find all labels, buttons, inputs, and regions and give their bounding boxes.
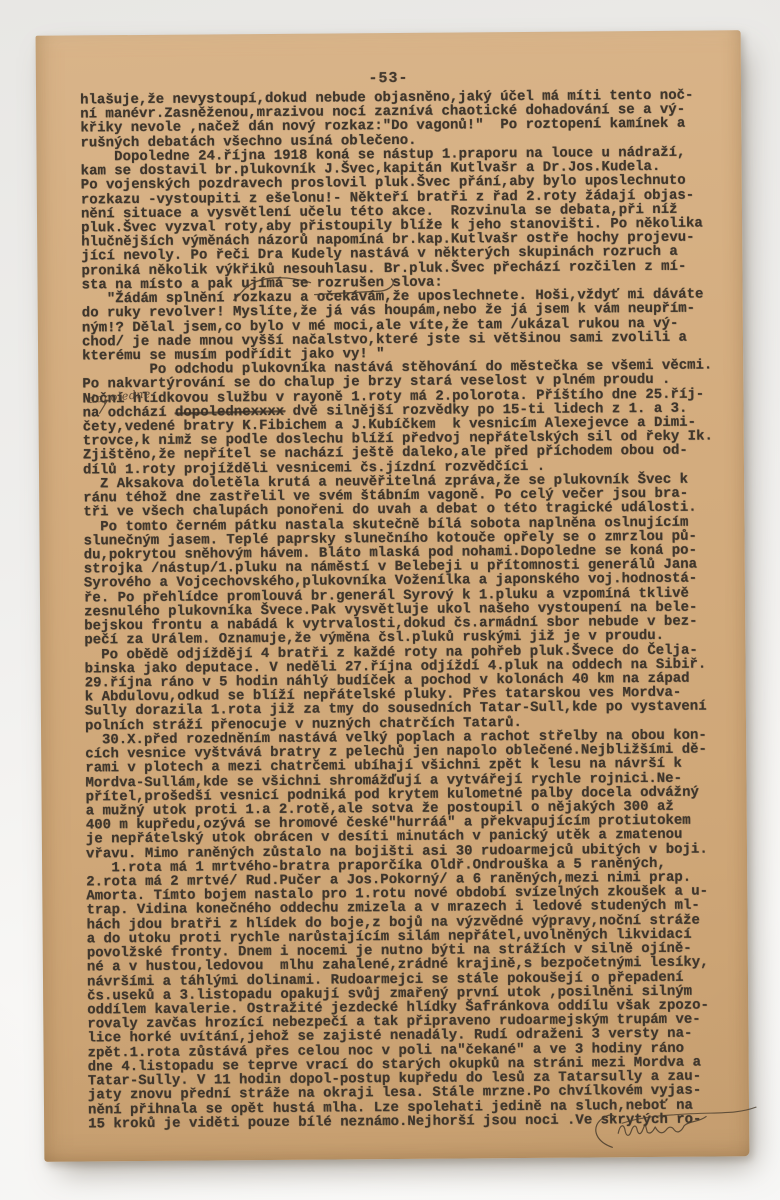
photo-background: -53- hlašuje,že nevystoupí,dokud nebude … [0,0,780,1200]
insert-caret-icon [96,399,110,415]
transposition-mark [230,271,406,302]
document-page: -53- hlašuje,že nevystoupí,dokud nebude … [36,30,750,1162]
page-number: -53- [36,67,741,90]
typewritten-body: hlašuje,že nevystoupí,dokud nebude objas… [80,88,736,1131]
handwritten-signature [574,1102,760,1155]
